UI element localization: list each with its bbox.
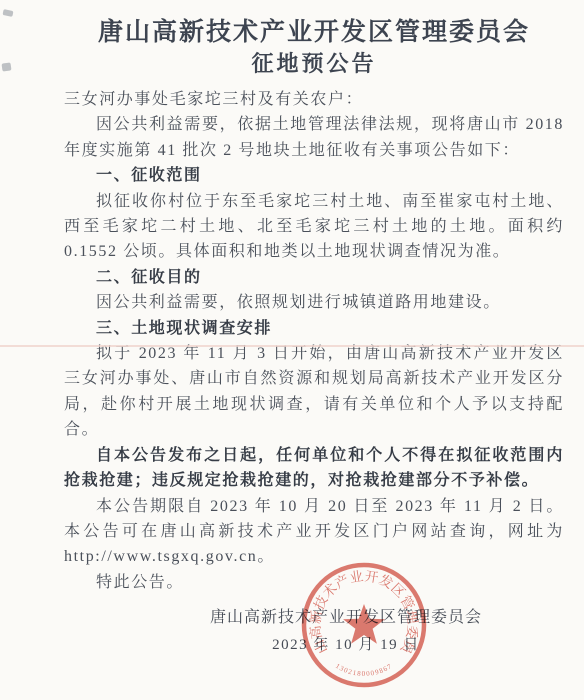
paragraph-survey: 拟于 2023 年 11 月 3 日开始，由唐山高新技术产业开发区三女河办事处、…: [64, 341, 564, 443]
paragraph-closing: 特此公告。: [64, 570, 564, 595]
notice-title: 唐山高新技术产业开发区管理委员会: [64, 16, 564, 49]
scanned-notice-page: 唐山高新技术产业开发区管理委员会 征地预公告 三女河办事处毛家坨三村及有关农户：…: [0, 0, 584, 700]
section-heading-survey: 三、土地现状调查安排: [64, 316, 564, 341]
paragraph-intro: 因公共利益需要，依据土地管理法律法规，现将唐山市 2018 年度实施第 41 批…: [64, 112, 564, 163]
scan-noise-mark: [1, 62, 11, 71]
paragraph-purpose: 因公共利益需要，依照规划进行城镇道路用地建设。: [64, 290, 564, 315]
notice-body: 三女河办事处毛家坨三村及有关农户： 因公共利益需要，依据土地管理法律法规，现将唐…: [64, 87, 564, 595]
scan-artifact-line: [0, 345, 584, 347]
section-heading-purpose: 二、征收目的: [64, 265, 564, 290]
section-heading-scope: 一、征收范围: [64, 163, 564, 188]
signature-date: 2023 年 10 月 19 日: [210, 633, 482, 654]
signature-block: 唐山高新技术产业开发区管理委员会 2023 年 10 月 19 日: [210, 604, 482, 654]
paragraph-warning: 自本公告发布之日起，任何单位和个人不得在拟征收范围内抢栽抢建；违反规定抢栽抢建的…: [64, 443, 564, 494]
seal-code: 1302180009867: [334, 662, 394, 678]
notice-subtitle: 征地预公告: [64, 49, 564, 79]
paragraph-duration: 本公告期限自 2023 年 10 月 20 日至 2023 年 11 月 2 日…: [64, 494, 564, 570]
paragraph-scope: 拟征收你村位于东至毛家坨三村土地、南至崔家屯村土地、西至毛家坨二村土地、北至毛家…: [64, 189, 564, 265]
salutation: 三女河办事处毛家坨三村及有关农户：: [64, 87, 564, 112]
signature-org: 唐山高新技术产业开发区管理委员会: [210, 604, 482, 627]
notice-content: 唐山高新技术产业开发区管理委员会 征地预公告 三女河办事处毛家坨三村及有关农户：…: [0, 0, 584, 595]
